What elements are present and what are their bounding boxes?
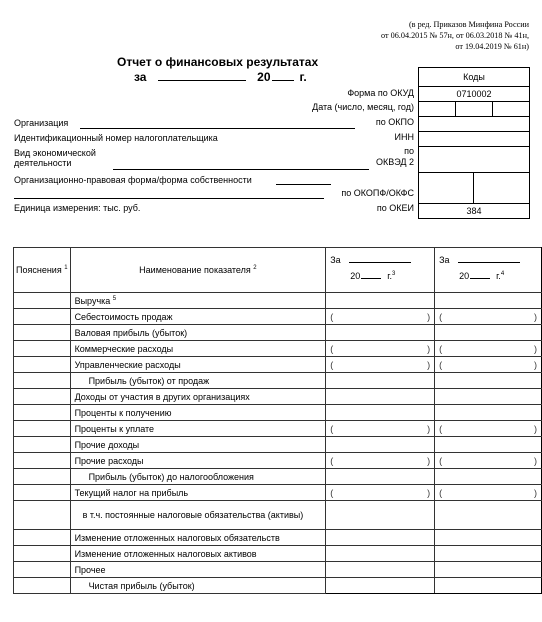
previous-period-value[interactable] xyxy=(435,578,542,594)
current-period-value[interactable]: () xyxy=(326,453,435,469)
previous-period-value[interactable] xyxy=(435,469,542,485)
previous-period-value[interactable] xyxy=(435,325,542,341)
indicator-label: Проценты к получению xyxy=(75,408,172,418)
notes-cell[interactable] xyxy=(14,546,71,562)
period-suffix: г. xyxy=(300,70,307,84)
table-row: Валовая прибыль (убыток) xyxy=(14,325,542,341)
negative-value-brackets: () xyxy=(330,424,430,434)
header-indicator-label: Наименование показателя xyxy=(139,265,251,275)
table-row: Прибыль (убыток) до налогообложения xyxy=(14,469,542,485)
header-notes: Пояснения 1 xyxy=(14,248,71,293)
table-row: Проценты к уплате()() xyxy=(14,421,542,437)
inn-field-label: Идентификационный номер налогоплательщик… xyxy=(14,133,218,143)
okpo-label: по ОКПО xyxy=(214,117,414,127)
edition-line: от 19.04.2019 № 61н) xyxy=(289,41,529,52)
negative-value-brackets: () xyxy=(330,456,430,466)
edition-line: (в ред. Приказов Минфина России xyxy=(289,19,529,30)
indicator-name: Прочие доходы xyxy=(70,437,326,453)
indicator-name: Коммерческие расходы xyxy=(70,341,326,357)
legal-form-field[interactable] xyxy=(276,184,331,185)
previous-period-value[interactable]: () xyxy=(435,485,542,501)
current-period-value[interactable] xyxy=(326,469,435,485)
current-period-value[interactable] xyxy=(326,389,435,405)
table-row: Управленческие расходы()() xyxy=(14,357,542,373)
edition-note: (в ред. Приказов Минфина России от 06.04… xyxy=(289,19,529,52)
negative-value-brackets: () xyxy=(439,456,537,466)
organization-label: Организация xyxy=(14,118,68,128)
footnote-marker: 2 xyxy=(253,265,256,271)
year-prefix: 20 xyxy=(350,271,360,281)
period-year-field[interactable] xyxy=(272,70,294,81)
inn-code-field[interactable] xyxy=(419,131,529,146)
current-period-value[interactable] xyxy=(326,530,435,546)
current-period-value[interactable]: () xyxy=(326,309,435,325)
table-row: в т.ч. постоянные налоговые обязательств… xyxy=(14,501,542,530)
okei-label: по ОКЕИ xyxy=(214,203,414,213)
previous-period-value[interactable] xyxy=(435,389,542,405)
current-period-value[interactable] xyxy=(326,437,435,453)
table-row: Изменение отложенных налоговых активов xyxy=(14,546,542,562)
negative-value-brackets: () xyxy=(330,488,430,498)
indicator-name: Себестоимость продаж xyxy=(70,309,326,325)
indicator-name: в т.ч. постоянные налоговые обязательств… xyxy=(70,501,326,530)
notes-cell[interactable] xyxy=(14,530,71,546)
indicator-label: Текущий налог на прибыль xyxy=(75,488,189,498)
codes-header: Коды xyxy=(419,68,529,86)
okved-label-2: ОКВЭД 2 xyxy=(214,157,414,167)
previous-period-value[interactable] xyxy=(435,437,542,453)
previous-period-value[interactable] xyxy=(435,562,542,578)
indicator-label: Прочие доходы xyxy=(75,440,140,450)
header-current-period: За 20г.3 xyxy=(326,248,435,293)
notes-cell[interactable] xyxy=(14,293,71,309)
current-period-value[interactable] xyxy=(326,562,435,578)
footnote-marker: 5 xyxy=(113,296,116,302)
notes-cell[interactable] xyxy=(14,389,71,405)
indicator-name: Прочие расходы xyxy=(70,453,326,469)
footnote-marker: 3 xyxy=(392,271,395,277)
table-row: Проценты к получению xyxy=(14,405,542,421)
negative-value-brackets: () xyxy=(330,360,430,370)
table-row: Прочие расходы()() xyxy=(14,453,542,469)
current-period-value[interactable]: () xyxy=(326,485,435,501)
indicator-name: Проценты к уплате xyxy=(70,421,326,437)
indicator-label: Себестоимость продаж xyxy=(75,312,173,322)
activity-field[interactable] xyxy=(113,169,369,170)
okud-label: Форма по ОКУД xyxy=(214,88,414,98)
table-row: Прочие доходы xyxy=(14,437,542,453)
date-code-field[interactable] xyxy=(419,101,529,116)
indicator-label: Изменение отложенных налоговых активов xyxy=(75,549,257,559)
indicator-label: Коммерческие расходы xyxy=(75,344,174,354)
table-row: Чистая прибыль (убыток) xyxy=(14,578,542,594)
activity-label-1: Вид экономической xyxy=(14,148,96,158)
negative-value-brackets: () xyxy=(330,344,430,354)
notes-cell[interactable] xyxy=(14,325,71,341)
notes-cell[interactable] xyxy=(14,485,71,501)
codes-box: Коды 0710002 384 xyxy=(418,67,530,219)
unit-label: Единица измерения: тыс. руб. xyxy=(14,203,140,213)
indicator-label: Прочее xyxy=(75,565,106,575)
indicator-label: Валовая прибыль (убыток) xyxy=(75,328,188,338)
notes-cell[interactable] xyxy=(14,562,71,578)
table-row: Себестоимость продаж()() xyxy=(14,309,542,325)
negative-value-brackets: () xyxy=(439,360,537,370)
indicator-label: Прибыль (убыток) от продаж xyxy=(89,376,210,386)
previous-period-value[interactable]: () xyxy=(435,421,542,437)
indicator-name: Управленческие расходы xyxy=(70,357,326,373)
indicator-label: Выручка xyxy=(75,296,111,306)
indicator-label: Управленческие расходы xyxy=(75,360,181,370)
period-prefix: За xyxy=(439,255,449,265)
table-row: Коммерческие расходы()() xyxy=(14,341,542,357)
footnote-marker: 1 xyxy=(64,265,67,271)
previous-period-value[interactable] xyxy=(435,530,542,546)
indicator-label: Прибыль (убыток) до налогообложения xyxy=(89,472,254,482)
previous-year-field[interactable] xyxy=(470,268,490,279)
current-period-field[interactable] xyxy=(349,252,411,263)
okud-code: 0710002 xyxy=(419,86,529,101)
indicator-name: Выручка 5 xyxy=(70,293,326,309)
negative-value-brackets: () xyxy=(439,344,537,354)
current-year-field[interactable] xyxy=(361,268,381,279)
indicator-name: Проценты к получению xyxy=(70,405,326,421)
previous-period-value[interactable] xyxy=(435,373,542,389)
header-indicator: Наименование показателя 2 xyxy=(70,248,326,293)
divider xyxy=(492,102,493,116)
edition-line: от 06.04.2015 № 57н, от 06.03.2018 № 41н… xyxy=(289,30,529,41)
indicator-name: Валовая прибыль (убыток) xyxy=(70,325,326,341)
current-period-value[interactable] xyxy=(326,325,435,341)
divider xyxy=(455,102,456,116)
header-notes-label: Пояснения xyxy=(16,265,62,275)
previous-period-value[interactable] xyxy=(435,546,542,562)
indicator-name: Прибыль (убыток) от продаж xyxy=(70,373,326,389)
date-label: Дата (число, месяц, год) xyxy=(214,102,414,112)
current-period-value[interactable] xyxy=(326,578,435,594)
notes-cell[interactable] xyxy=(14,309,71,325)
okopf-label: по ОКОПФ/ОКФС xyxy=(214,188,414,198)
notes-cell[interactable] xyxy=(14,357,71,373)
indicator-label: Прочие расходы xyxy=(75,456,144,466)
current-period-value[interactable]: () xyxy=(326,357,435,373)
ownership-form-field[interactable] xyxy=(14,198,324,199)
activity-label-2: деятельности xyxy=(14,158,71,168)
current-period-value[interactable] xyxy=(326,546,435,562)
indicator-name: Прочее xyxy=(70,562,326,578)
table-row: Прочее xyxy=(14,562,542,578)
indicator-name: Изменение отложенных налоговых обязатель… xyxy=(70,530,326,546)
indicator-label: в т.ч. постоянные налоговые обязательств… xyxy=(83,510,304,520)
indicator-name: Прибыль (убыток) до налогообложения xyxy=(70,469,326,485)
negative-value-brackets: () xyxy=(439,312,537,322)
previous-period-value[interactable]: () xyxy=(435,453,542,469)
negative-value-brackets: () xyxy=(330,312,430,322)
okved-code-field[interactable] xyxy=(419,146,529,172)
notes-cell[interactable] xyxy=(14,578,71,594)
indicator-label: Проценты к уплате xyxy=(75,424,155,434)
table-row: Доходы от участия в других организациях xyxy=(14,389,542,405)
previous-period-value[interactable]: () xyxy=(435,357,542,373)
period-date-field[interactable] xyxy=(158,70,246,81)
indicator-name: Изменение отложенных налоговых активов xyxy=(70,546,326,562)
period-year-prefix: 20 xyxy=(257,70,270,84)
notes-cell[interactable] xyxy=(14,405,71,421)
period-prefix: За xyxy=(330,255,340,265)
financial-results-table: Пояснения 1 Наименование показателя 2 За… xyxy=(13,247,542,594)
year-prefix: 20 xyxy=(459,271,469,281)
previous-period-field[interactable] xyxy=(458,252,520,263)
notes-cell[interactable] xyxy=(14,501,71,530)
previous-period-value[interactable] xyxy=(435,405,542,421)
header-previous-period: За 20г.4 xyxy=(435,248,542,293)
notes-cell[interactable] xyxy=(14,469,71,485)
current-period-value[interactable] xyxy=(326,501,435,530)
indicator-name: Текущий налог на прибыль xyxy=(70,485,326,501)
current-period-value[interactable]: () xyxy=(326,421,435,437)
okopf-okfs-code-field[interactable] xyxy=(419,172,529,203)
notes-cell[interactable] xyxy=(14,453,71,469)
previous-period-value[interactable] xyxy=(435,293,542,309)
negative-value-brackets: () xyxy=(439,488,537,498)
period-prefix: за xyxy=(134,70,146,84)
table-row: Текущий налог на прибыль()() xyxy=(14,485,542,501)
report-period: за 20г. xyxy=(134,70,307,84)
notes-cell[interactable] xyxy=(14,421,71,437)
negative-value-brackets: () xyxy=(439,424,537,434)
indicator-label: Чистая прибыль (убыток) xyxy=(89,581,195,591)
report-title: Отчет о финансовых результатах xyxy=(117,55,318,69)
table-row: Выручка 5 xyxy=(14,293,542,309)
okei-code: 384 xyxy=(419,203,529,218)
okved-label-1: по xyxy=(214,146,414,156)
legal-form-label: Организационно-правовая форма/форма собс… xyxy=(14,175,252,185)
footnote-marker: 4 xyxy=(501,271,504,277)
okpo-code-field[interactable] xyxy=(419,116,529,131)
inn-label: ИНН xyxy=(214,132,414,142)
notes-cell[interactable] xyxy=(14,437,71,453)
indicator-name: Доходы от участия в других организациях xyxy=(70,389,326,405)
previous-period-value[interactable] xyxy=(435,501,542,530)
notes-cell[interactable] xyxy=(14,341,71,357)
indicator-label: Изменение отложенных налоговых обязатель… xyxy=(75,533,280,543)
divider xyxy=(473,173,474,203)
current-period-value[interactable] xyxy=(326,373,435,389)
table-row: Прибыль (убыток) от продаж xyxy=(14,373,542,389)
current-period-value[interactable] xyxy=(326,405,435,421)
notes-cell[interactable] xyxy=(14,373,71,389)
indicator-label: Доходы от участия в других организациях xyxy=(75,392,250,402)
organization-field[interactable] xyxy=(80,128,355,129)
table-header-row: Пояснения 1 Наименование показателя 2 За… xyxy=(14,248,542,293)
indicator-name: Чистая прибыль (убыток) xyxy=(70,578,326,594)
current-period-value[interactable]: () xyxy=(326,341,435,357)
table-row: Изменение отложенных налоговых обязатель… xyxy=(14,530,542,546)
previous-period-value[interactable]: () xyxy=(435,341,542,357)
previous-period-value[interactable]: () xyxy=(435,309,542,325)
current-period-value[interactable] xyxy=(326,293,435,309)
